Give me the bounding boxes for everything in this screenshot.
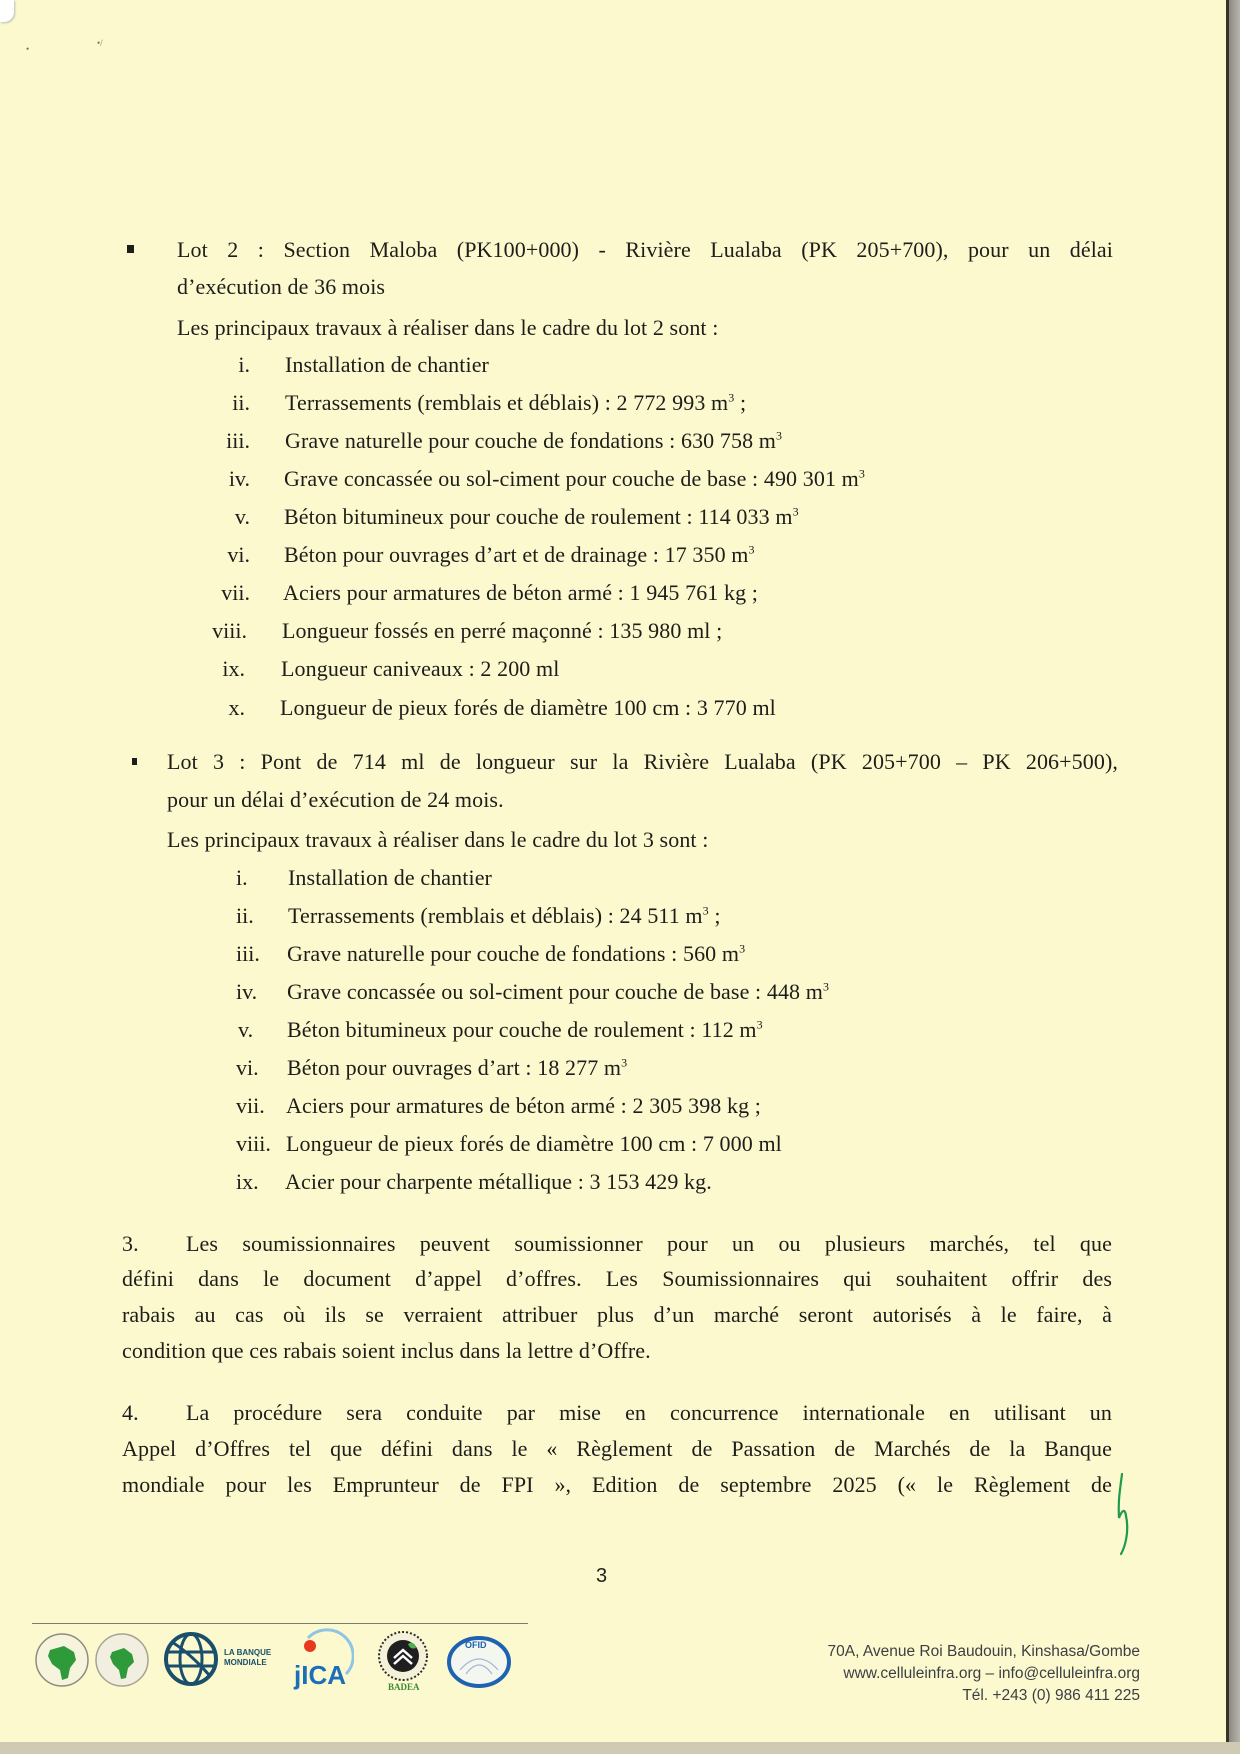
para3-line1: Les soumissionnaires peuvent soumissionn…: [186, 1230, 1112, 1258]
footer-web-email[interactable]: www.celluleinfra.org – info@celluleinfra…: [843, 1663, 1140, 1685]
item-text: Béton pour ouvrages d’art : 18 277 m3: [287, 1054, 627, 1082]
afdf-logo-icon: [94, 1632, 150, 1688]
item-number: ix.: [193, 655, 245, 683]
item-number: i.: [236, 864, 288, 892]
document-page: • •/ Lot 2 : Section Maloba (PK100+000) …: [0, 0, 1229, 1754]
item-text: Terrassements (remblais et déblais) : 24…: [288, 902, 721, 930]
item-number: i.: [198, 351, 250, 379]
item-text: Longueur de pieux forés de diamètre 100 …: [286, 1130, 782, 1158]
para4-line2: Appel d’Offres tel que défini dans le « …: [122, 1435, 1112, 1463]
item-text: Installation de chantier: [288, 864, 492, 892]
item-text: Longueur fossés en perré maçonné : 135 9…: [282, 617, 722, 645]
item-text: Aciers pour armatures de béton armé : 2 …: [286, 1092, 761, 1120]
item-number: vii.: [198, 579, 250, 607]
svg-text:OFID: OFID: [465, 1640, 487, 1650]
item-number: v.: [238, 1016, 290, 1044]
item-text: Aciers pour armatures de béton armé : 1 …: [283, 579, 758, 607]
scan-speck: •: [26, 44, 29, 54]
item-number: ix.: [236, 1168, 288, 1196]
item-text: Béton bitumineux pour couche de roulemen…: [284, 503, 799, 531]
item-number: vii.: [236, 1092, 288, 1120]
para3-line4: condition que ces rabais soient inclus d…: [122, 1337, 651, 1365]
item-number: iii.: [198, 427, 250, 455]
scan-bottom-edge: [0, 1742, 1240, 1754]
page-corner-fold: [0, 0, 14, 22]
item-text: Grave naturelle pour couche de fondation…: [285, 427, 782, 455]
para4-line1: La procédure sera conduite par mise en c…: [186, 1399, 1112, 1427]
item-text: Béton bitumineux pour couche de roulemen…: [287, 1016, 763, 1044]
jica-logo-icon: jICA: [290, 1628, 354, 1690]
scan-speck: •/: [97, 38, 103, 48]
item-number: viii.: [236, 1130, 288, 1158]
para3-line2: défini dans le document d’appel d’offres…: [122, 1265, 1112, 1293]
scan-edge: [1229, 0, 1240, 1754]
para3-number: 3.: [122, 1230, 139, 1258]
ofid-logo-icon: OFID: [446, 1634, 512, 1690]
world-bank-globe-icon: [162, 1630, 220, 1688]
bullet-icon: [132, 758, 137, 765]
lot3-title-line1: Lot 3 : Pont de 714 ml de longueur sur l…: [167, 748, 1118, 776]
item-text: Acier pour charpente métallique : 3 153 …: [285, 1168, 712, 1196]
lot3-title-line2: pour un délai d’exécution de 24 mois.: [167, 786, 504, 814]
item-text: Grave naturelle pour couche de fondation…: [287, 940, 745, 968]
bullet-icon: [127, 245, 134, 253]
afdb-logo-icon: [34, 1632, 90, 1688]
lot2-intro: Les principaux travaux à réaliser dans l…: [177, 314, 718, 342]
lot2-title-line2: d’exécution de 36 mois: [177, 273, 385, 301]
para4-line3: mondiale pour les Emprunteur de FPI », E…: [122, 1471, 1112, 1499]
item-number: viii.: [195, 617, 247, 645]
footer-phone: Tél. +243 (0) 986 411 225: [962, 1685, 1140, 1707]
footer-divider: [32, 1623, 528, 1624]
item-number: v.: [198, 503, 250, 531]
lot3-intro: Les principaux travaux à réaliser dans l…: [167, 826, 708, 854]
para3-line3: rabais au cas où ils se verraient attrib…: [122, 1301, 1112, 1329]
para4-number: 4.: [122, 1399, 139, 1427]
handwritten-initial-icon: [1110, 1470, 1140, 1570]
item-number: vi.: [198, 541, 250, 569]
lot2-title-line1: Lot 2 : Section Maloba (PK100+000) - Riv…: [177, 236, 1113, 264]
item-text: Béton pour ouvrages d’art et de drainage…: [284, 541, 755, 569]
item-number: vi.: [236, 1054, 288, 1082]
footer-address: 70A, Avenue Roi Baudouin, Kinshasa/Gombe: [827, 1641, 1140, 1663]
world-bank-label: LA BANQUE MONDIALE: [224, 1648, 271, 1668]
item-text: Longueur de pieux forés de diamètre 100 …: [280, 694, 776, 722]
item-number: iv.: [236, 978, 288, 1006]
item-number: iv.: [198, 465, 250, 493]
item-text: Grave concassée ou sol-ciment pour couch…: [284, 465, 865, 493]
badea-logo-icon: BADEA: [374, 1628, 432, 1692]
svg-text:jICA: jICA: [293, 1660, 346, 1690]
partner-logos: LA BANQUE MONDIALE jICA BADEA OFID: [34, 1628, 534, 1698]
item-number: ii.: [236, 902, 288, 930]
page-number: 3: [596, 1565, 607, 1588]
item-text: Longueur caniveaux : 2 200 ml: [281, 655, 559, 683]
item-text: Terrassements (remblais et déblais) : 2 …: [285, 389, 746, 417]
svg-text:BADEA: BADEA: [388, 1682, 420, 1692]
item-number: iii.: [236, 940, 288, 968]
item-text: Grave concassée ou sol-ciment pour couch…: [287, 978, 829, 1006]
item-number: ii.: [198, 389, 250, 417]
item-text: Installation de chantier: [285, 351, 489, 379]
item-number: x.: [193, 694, 245, 722]
